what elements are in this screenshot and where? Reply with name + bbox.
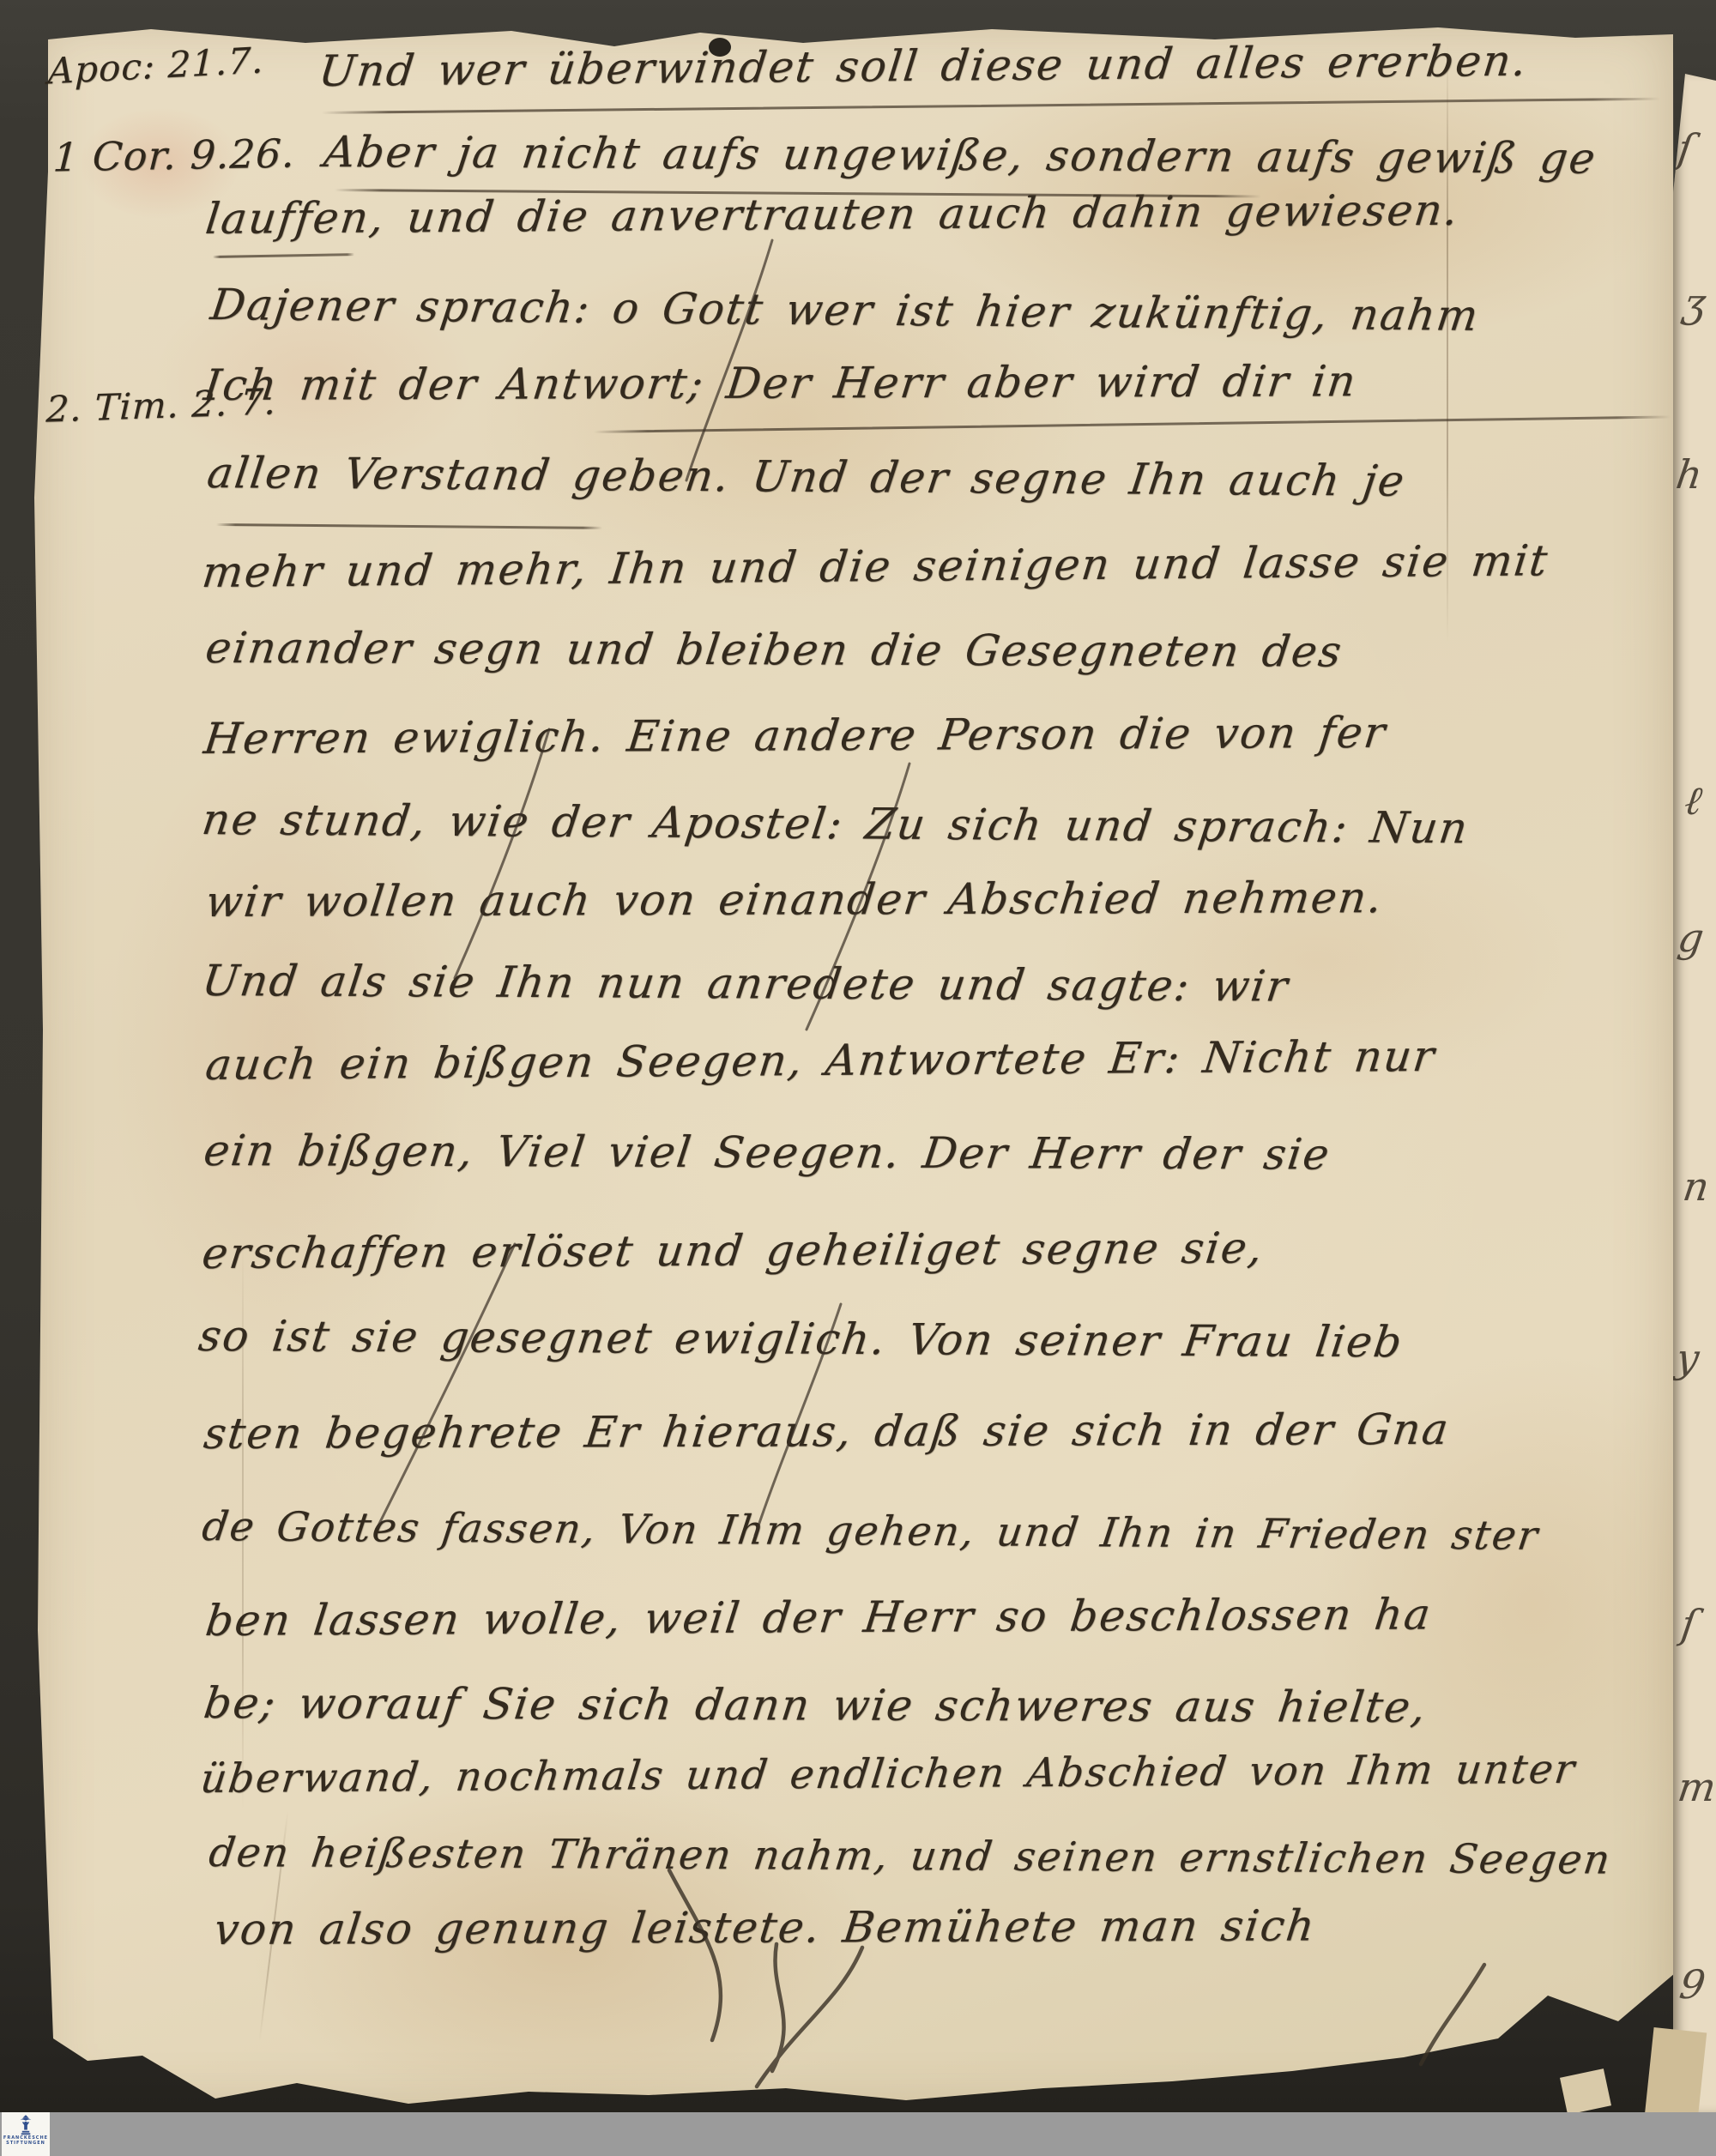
- cutoff-letter-fragment: ſ: [1675, 125, 1696, 172]
- margin-reference: Apoc: 21.7.: [47, 42, 264, 89]
- manuscript-line: Dajener sprach: o Gott wer ist hier zukü…: [208, 283, 1483, 337]
- underline-stroke: [213, 253, 354, 258]
- manuscript-line: auch ein bißgen Seegen, Antwortete Er: N…: [203, 1035, 1438, 1086]
- manuscript-line: überwand, nochmals und endlichen Abschie…: [198, 1749, 1578, 1799]
- manuscript-line: lauffen, und die anvertrauten auch dahin…: [203, 189, 1461, 240]
- adjacent-page-edge: ſ ʒ h ℓ g n y ſ m 9: [1673, 74, 1716, 2112]
- manuscript-line: be; worauf Sie sich dann wie schweres au…: [202, 1682, 1429, 1729]
- francke-foundations-emblem-icon: [16, 2115, 35, 2135]
- manuscript-line: ne stund, wie der Apostel: Zu sich und s…: [200, 798, 1471, 849]
- manuscript-line: allen Verstand geben. Und der segne Ihn …: [205, 451, 1408, 503]
- cutoff-letter-fragment: ℓ: [1682, 777, 1705, 824]
- manuscript-scan: ſ ʒ h ℓ g n y ſ m 9 Apoc: 21.7. 1 Cor. 9…: [0, 0, 1716, 2156]
- archive-logo-text-line2: STIFTUNGEN: [6, 2141, 45, 2146]
- manuscript-line: den heißesten Thränen nahm, und seinen e…: [207, 1833, 1614, 1881]
- cutoff-letter-fragment: y: [1673, 1335, 1702, 1381]
- manuscript-line: de Gottes fassen, Von Ihm gehen, und Ihn…: [200, 1507, 1541, 1556]
- manuscript-line: ein bißgen, Viel viel Seegen. Der Herr d…: [202, 1129, 1333, 1176]
- manuscript-line: Und als sie Ihn nun anredete und sagte: …: [200, 959, 1291, 1008]
- manuscript-line: erschaffen erlöset und geheiliget segne …: [200, 1227, 1266, 1275]
- underline-stroke: [594, 415, 1671, 433]
- underline-stroke: [216, 523, 602, 529]
- margin-reference: 1 Cor. 9.26.: [52, 134, 297, 178]
- cutoff-letter-fragment: 9: [1677, 1961, 1708, 2008]
- manuscript-line: so ist sie gesegnet ewiglich. Von seiner…: [196, 1314, 1406, 1363]
- cutoff-letter-fragment: ʒ: [1680, 280, 1709, 326]
- page-text-layer: Apoc: 21.7. 1 Cor. 9.26. 2. Tim. 2. 7. U…: [0, 0, 1675, 2112]
- cutoff-letter-fragment: n: [1680, 1163, 1712, 1210]
- manuscript-line: von also genung leistete. Bemühete man s…: [212, 1905, 1318, 1951]
- manuscript-line: Ich mit der Antwort; Der Herr aber wird …: [202, 359, 1359, 407]
- manuscript-line: mehr und mehr, Ihn und die seinigen und …: [200, 539, 1551, 594]
- manuscript-line: einander segn und bleiben die Gesegneten…: [203, 626, 1345, 673]
- underline-stroke: [322, 98, 1660, 114]
- cutoff-letter-fragment: g: [1675, 915, 1707, 961]
- cutoff-letter-fragment: ſ: [1678, 1601, 1700, 1647]
- scan-footer-bar: FRANCKESCHE STIFTUNGEN: [0, 2112, 1716, 2156]
- manuscript-line: Und wer überwindet soll diese und alles …: [317, 39, 1530, 93]
- manuscript-line: sten begehrete Er hieraus, daß sie sich …: [202, 1408, 1452, 1455]
- manuscript-line: Aber ja nicht aufs ungewiße, sondern auf…: [322, 130, 1599, 180]
- cutoff-letter-fragment: m: [1675, 1764, 1716, 1810]
- manuscript-line: Herren ewiglich. Eine andere Person die …: [202, 711, 1389, 760]
- manuscript-line: ben lassen wolle, weil der Herr so besch…: [203, 1593, 1434, 1642]
- cutoff-letter-fragment: h: [1673, 451, 1705, 498]
- manuscript-line: wir wollen auch von einander Abschied ne…: [203, 876, 1386, 923]
- archive-logo: FRANCKESCHE STIFTUNGEN: [2, 2112, 50, 2156]
